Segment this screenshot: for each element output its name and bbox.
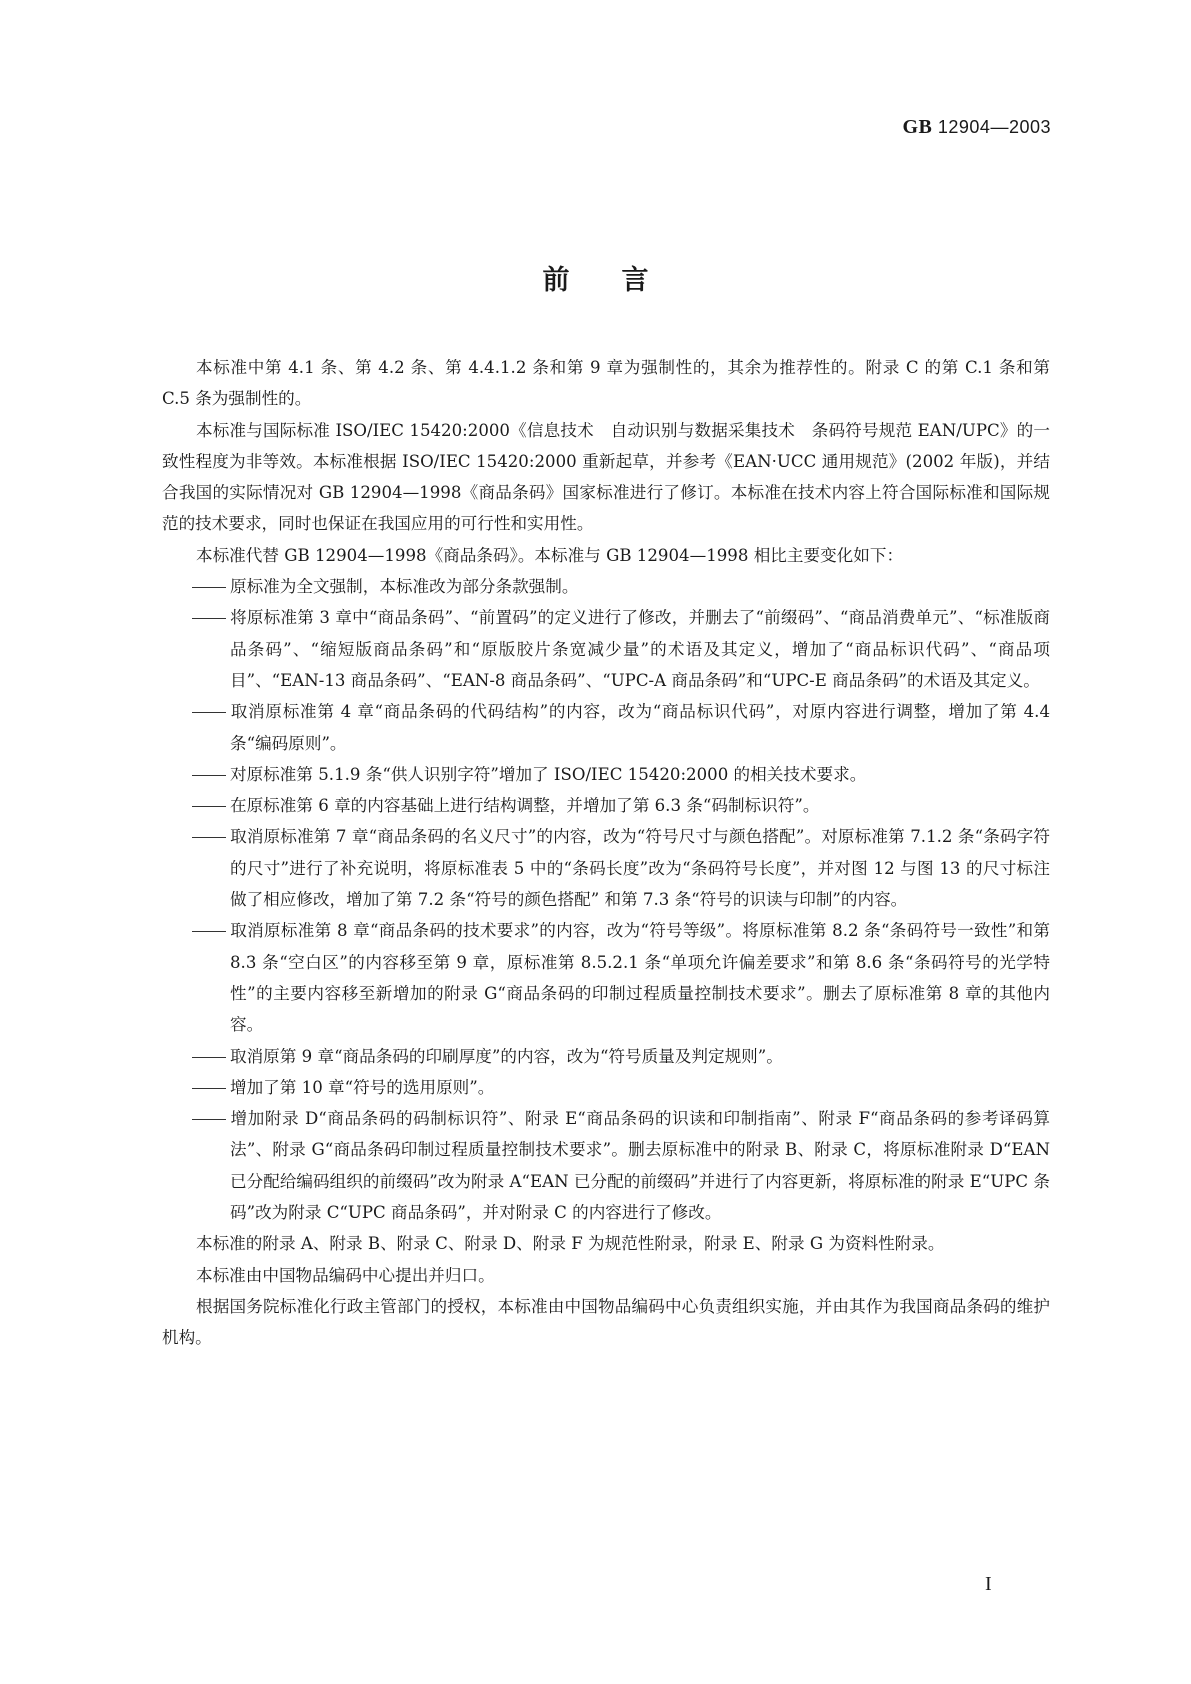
standard-code: 12904—2003 [938,117,1051,137]
paragraph-mandatory-clauses: 本标准中第 4.1 条、第 4.2 条、第 4.4.1.2 条和第 9 章为强制… [162,352,1050,415]
paragraph-annexes: 本标准的附录 A、附录 B、附录 C、附录 D、附录 F 为规范性附录，附录 E… [162,1228,1050,1259]
list-item-text: 原标准为全文强制，本标准改为部分条款强制。 [230,577,578,596]
dash-bullet-icon [162,1041,230,1072]
dash-bullet-icon [162,790,230,821]
list-item-text: 将原标准第 3 章中“商品条码”、“前置码”的定义进行了修改，并删去了“前缀码”… [230,608,1050,690]
list-item: 原标准为全文强制，本标准改为部分条款强制。 [162,571,1050,602]
list-item: 将原标准第 3 章中“商品条码”、“前置码”的定义进行了修改，并删去了“前缀码”… [162,602,1050,696]
list-item: 在原标准第 6 章的内容基础上进行结构调整，并增加了第 6.3 条“码制标识符”… [162,790,1050,821]
dash-bullet-icon [162,1072,230,1103]
dash-bullet-icon [162,696,230,727]
dash-bullet-icon [162,759,230,790]
paragraph-authority: 根据国务院标准化行政主管部门的授权，本标准由中国物品编码中心负责组织实施，并由其… [162,1291,1050,1354]
paragraph-consistency: 本标准与国际标准 ISO/IEC 15420:2000《信息技术 自动识别与数据… [162,415,1050,540]
list-item: 取消原标准第 8 章“商品条码的技术要求”的内容，改为“符号等级”。将原标准第 … [162,915,1050,1040]
list-item: 对原标准第 5.1.9 条“供人识别字符”增加了 ISO/IEC 15420:2… [162,759,1050,790]
list-item: 取消原第 9 章“商品条码的印刷厚度”的内容，改为“符号质量及判定规则”。 [162,1041,1050,1072]
document-body: 本标准中第 4.1 条、第 4.2 条、第 4.4.1.2 条和第 9 章为强制… [162,352,1050,1354]
list-item: 增加了第 10 章“符号的选用原则”。 [162,1072,1050,1103]
dash-bullet-icon [162,1103,230,1134]
dash-bullet-icon [162,915,230,946]
standard-prefix: GB [902,116,932,138]
list-item-text: 取消原标准第 8 章“商品条码的技术要求”的内容，改为“符号等级”。将原标准第 … [230,921,1050,1034]
list-item: 增加附录 D“商品条码的码制标识符”、附录 E“商品条码的识读和印制指南”、附录… [162,1103,1050,1228]
list-item: 取消原标准第 7 章“商品条码的名义尺寸”的内容，改为“符号尺寸与颜色搭配”。对… [162,821,1050,915]
list-item-text: 在原标准第 6 章的内容基础上进行结构调整，并增加了第 6.3 条“码制标识符”… [230,796,819,815]
list-item-text: 取消原第 9 章“商品条码的印刷厚度”的内容，改为“符号质量及判定规则”。 [230,1047,783,1066]
page-title: 前言 [0,258,1191,297]
changes-list: 原标准为全文强制，本标准改为部分条款强制。 将原标准第 3 章中“商品条码”、“… [162,571,1050,1228]
list-item-text: 增加了第 10 章“符号的选用原则”。 [230,1078,494,1097]
dash-bullet-icon [162,821,230,852]
dash-bullet-icon [162,602,230,633]
paragraph-proposer: 本标准由中国物品编码中心提出并归口。 [162,1260,1050,1291]
list-item-text: 取消原标准第 7 章“商品条码的名义尺寸”的内容，改为“符号尺寸与颜色搭配”。对… [230,827,1050,909]
list-item-text: 取消原标准第 4 章“商品条码的代码结构”的内容，改为“商品标识代码”，对原内容… [230,702,1050,752]
paragraph-replaces: 本标准代替 GB 12904—1998《商品条码》。本标准与 GB 12904—… [162,540,1050,571]
page-number: I [985,1573,992,1596]
standard-number: GB 12904—2003 [902,116,1051,139]
list-item-text: 对原标准第 5.1.9 条“供人识别字符”增加了 ISO/IEC 15420:2… [230,765,866,784]
list-item-text: 增加附录 D“商品条码的码制标识符”、附录 E“商品条码的识读和印制指南”、附录… [230,1109,1050,1222]
list-item: 取消原标准第 4 章“商品条码的代码结构”的内容，改为“商品标识代码”，对原内容… [162,696,1050,759]
dash-bullet-icon [162,571,230,602]
